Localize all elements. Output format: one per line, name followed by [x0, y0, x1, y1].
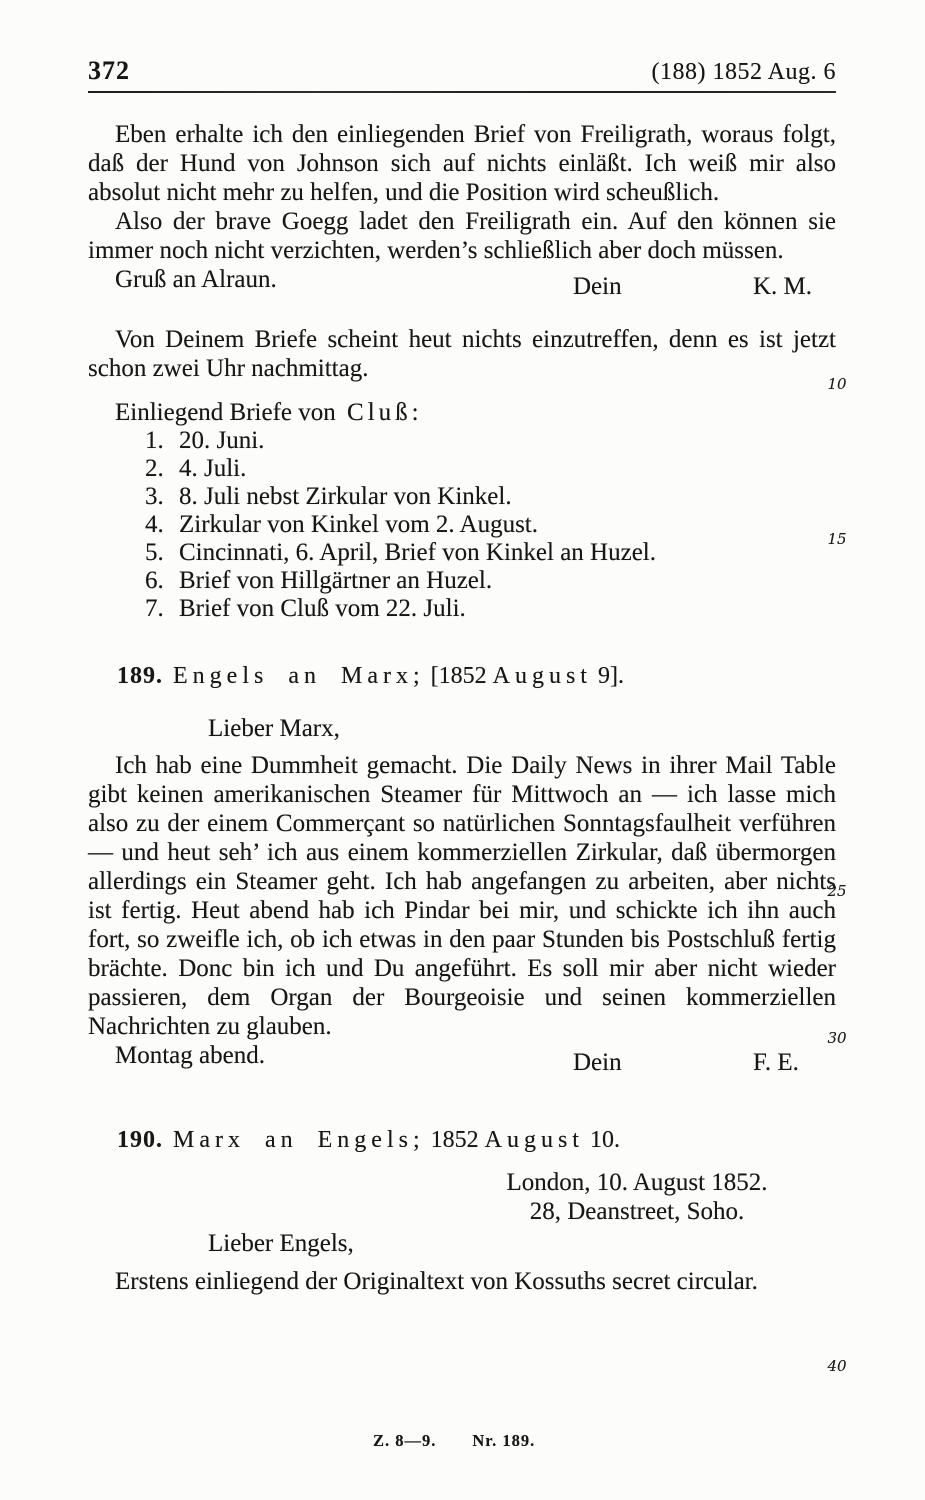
list-item-number: 1.	[145, 427, 179, 455]
enclosure-intro: Einliegend Briefe von	[115, 399, 336, 426]
enclosure-intro-line: Einliegend Briefe von Cluß:	[88, 398, 836, 427]
letter-189: 189.Engels an Marx; [1852 August 9]. Lie…	[88, 662, 836, 1078]
salutation-189: Lieber Marx,	[88, 714, 836, 743]
list-item-text: 8. Juli nebst Zirkular von Kinkel.	[179, 483, 512, 511]
letter-heading-189: 189.Engels an Marx; [1852 August 9].	[88, 662, 836, 691]
list-item: 5. Cincinnati, 6. April, Brief von Kinke…	[88, 539, 836, 567]
letter-heading-name: Engels an Marx;	[173, 663, 425, 689]
letter-heading-day: 9].	[598, 663, 624, 689]
book-page: 372 (188) 1852 Aug. 6 Eben erhalte ich d…	[0, 0, 925, 1500]
letter-heading-month: August	[493, 663, 592, 689]
list-item-number: 2.	[145, 455, 179, 483]
list-item-number: 7.	[145, 595, 179, 623]
letter-heading-year: 1852	[431, 1127, 479, 1153]
list-item: 4. Zirkular von Kinkel vom 2. August.	[88, 511, 836, 539]
paragraph-freiligrath: Eben erhalte ich den einliegenden Brief …	[88, 120, 836, 207]
footnote-line-ref: Z. 8—9.	[373, 1431, 436, 1451]
letter-heading-name: Marx an Engels;	[173, 1127, 425, 1153]
list-item-number: 4.	[145, 511, 179, 539]
enclosure-colon: :	[412, 399, 419, 426]
letter-heading-190: 190.Marx an Engels; 1852 August 10.	[88, 1126, 836, 1155]
margin-line-number: 40	[822, 1357, 852, 1375]
running-head: 372 (188) 1852 Aug. 6	[88, 56, 836, 87]
letter-heading-month: August	[485, 1127, 584, 1153]
address-line-date: London, 10. August 1852.	[438, 1168, 836, 1197]
enclosure-list: 1. 20. Juni. 2. 4. Juli. 3. 8. Juli nebs…	[88, 427, 836, 623]
running-head-letter-date: (188) 1852 Aug. 6	[652, 58, 837, 87]
letter-heading-day: 10.	[590, 1127, 620, 1153]
letter-body-190: Erstens einliegend der Originaltext von …	[88, 1267, 836, 1296]
signoff-row-189: Montag abend. Dein F. E.	[88, 1041, 836, 1078]
list-item-text: Brief von Hillgärtner an Huzel.	[179, 567, 492, 595]
list-item: 6. Brief von Hillgärtner an Huzel.	[88, 567, 836, 595]
address-block: London, 10. August 1852. 28, Deanstreet,…	[438, 1168, 836, 1226]
page-number: 372	[88, 56, 130, 85]
margin-line-number: 10	[822, 375, 852, 393]
dateline-189: Montag abend.	[115, 1042, 265, 1069]
signoff-row-188: Gruß an Alraun. Dein K. M.	[88, 265, 836, 302]
margin-line-number: 25	[822, 882, 852, 900]
letter-heading-year: [1852	[431, 663, 487, 689]
greeting-line: Gruß an Alraun.	[115, 266, 277, 293]
list-item-text: 4. Juli.	[179, 455, 246, 483]
list-item-number: 6.	[145, 567, 179, 595]
salutation-190: Lieber Engels,	[88, 1229, 836, 1258]
list-item-text: Zirkular von Kinkel vom 2. August.	[179, 511, 538, 539]
list-item-text: Brief von Cluß vom 22. Juli.	[179, 595, 466, 623]
paragraph-goegg: Also der brave Goegg ladet den Freiligra…	[88, 207, 836, 265]
list-item: 7. Brief von Cluß vom 22. Juli.	[88, 595, 836, 623]
list-item-text: 20. Juni.	[179, 427, 264, 455]
signature-initials-189: F. E.	[753, 1048, 799, 1077]
list-item: 3. 8. Juli nebst Zirkular von Kinkel.	[88, 483, 836, 511]
list-item-number: 3.	[145, 483, 179, 511]
margin-line-number: 15	[822, 530, 852, 548]
enclosure-name: Cluß	[347, 399, 412, 426]
letter-188-end: Eben erhalte ich den einliegenden Brief …	[88, 120, 836, 623]
letter-number: 189.	[117, 663, 163, 689]
address-line-street: 28, Deanstreet, Soho.	[438, 1197, 836, 1226]
closing-dein-188: Dein	[573, 272, 622, 301]
footnote-apparatus: Z. 8—9. Nr. 189.	[373, 1431, 535, 1451]
footnote-number-ref: Nr. 189.	[472, 1431, 535, 1451]
letter-190: 190.Marx an Engels; 1852 August 10. Lond…	[88, 1126, 836, 1296]
letter-number: 190.	[117, 1127, 163, 1153]
signature-initials-188: K. M.	[753, 272, 812, 301]
paragraph-brief: Von Deinem Briefe scheint heut nichts ei…	[88, 325, 836, 383]
margin-line-number: 30	[822, 1029, 852, 1047]
closing-dein-189: Dein	[573, 1048, 622, 1077]
list-item-number: 5.	[145, 539, 179, 567]
list-item: 2. 4. Juli.	[88, 455, 836, 483]
letter-body-189: Ich hab eine Dummheit gemacht. Die Daily…	[88, 751, 836, 1041]
list-item: 1. 20. Juni.	[88, 427, 836, 455]
header-rule	[88, 91, 836, 93]
list-item-text: Cincinnati, 6. April, Brief von Kinkel a…	[179, 539, 656, 567]
